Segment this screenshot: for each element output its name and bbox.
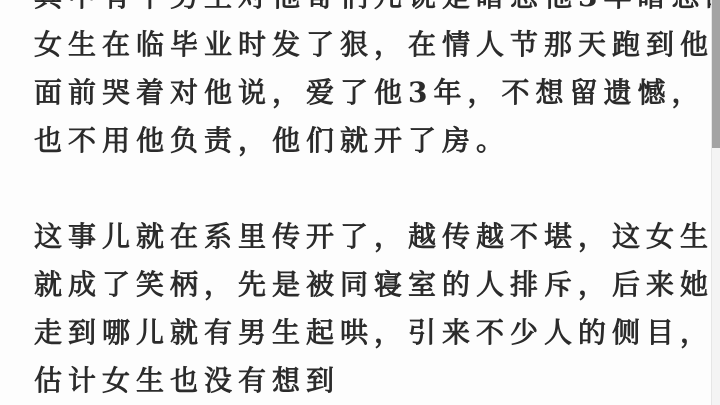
vertical-scrollbar[interactable]: [711, 0, 720, 405]
paragraph-1: 其中有个男生对他哥们儿说是暗恋他3年暗恋的 女生在临毕业时发了狠，在情人节那天跑…: [34, 0, 674, 165]
text-line: 就成了笑柄，先是被同寝室的人排斥，后来她: [34, 261, 674, 309]
paragraph-spacer: [34, 165, 674, 213]
text-line: 这事儿就在系里传开了，越传越不堪，这女生: [34, 213, 674, 261]
text-line: 走到哪儿就有男生起哄，引来不少人的侧目，: [34, 309, 674, 357]
reading-viewport[interactable]: 其中有个男生对他哥们儿说是暗恋他3年暗恋的 女生在临毕业时发了狠，在情人节那天跑…: [0, 0, 712, 405]
text-line: 面前哭着对他说，爱了他3年，不想留遗憾，: [34, 69, 674, 117]
paragraph-2: 这事儿就在系里传开了，越传越不堪，这女生 就成了笑柄，先是被同寝室的人排斥，后来…: [34, 213, 674, 405]
article-body: 其中有个男生对他哥们儿说是暗恋他3年暗恋的 女生在临毕业时发了狠，在情人节那天跑…: [34, 0, 674, 405]
text-line: 也不用他负责，他们就开了房。: [34, 117, 674, 165]
text-line: 其中有个男生对他哥们儿说是暗恋他3年暗恋的: [34, 0, 674, 21]
text-line: 估计女生也没有想到: [34, 357, 674, 405]
text-line: 女生在临毕业时发了狠，在情人节那天跑到他: [34, 21, 674, 69]
scrollbar-thumb[interactable]: [712, 0, 720, 148]
